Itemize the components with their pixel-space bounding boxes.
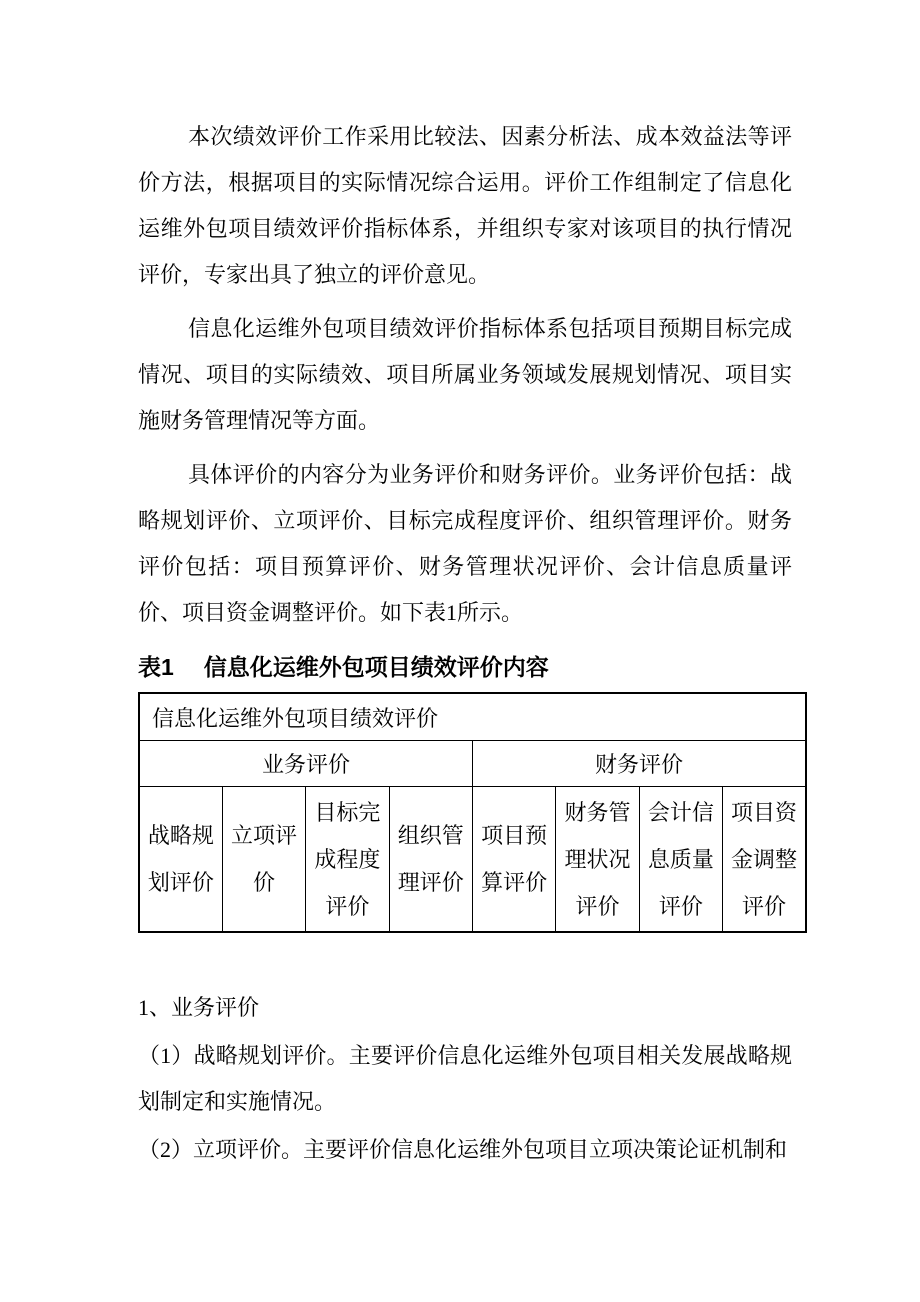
- section-item-strategic-planning: （1）战略规划评价。主要评价信息化运维外包项目相关发展战略规划制定和实施情况。: [138, 1033, 792, 1125]
- column-cell-fund-adjustment: 项目资金调整评价: [723, 787, 806, 933]
- table-caption-title: 信息化运维外包项目绩效评价内容: [204, 654, 549, 680]
- column-cell-financial-management: 财务管理状况评价: [556, 787, 639, 933]
- section-heading-business-evaluation: 1、业务评价: [138, 985, 792, 1031]
- table-columns-row: 战略规划评价 立项评价 目标完成程度评价 组织管理评价 项目预算评价 财务管理状…: [139, 787, 806, 933]
- table-header-cell: 信息化运维外包项目绩效评价: [139, 693, 806, 741]
- table-caption-label: 表1: [138, 654, 174, 680]
- column-cell-goal-completion: 目标完成程度评价: [306, 787, 389, 933]
- evaluation-table: 信息化运维外包项目绩效评价 业务评价 财务评价 战略规划评价 立项评价 目标完成…: [138, 692, 807, 933]
- column-cell-accounting-info-quality: 会计信息质量评价: [639, 787, 722, 933]
- column-cell-project-initiation: 立项评价: [222, 787, 305, 933]
- table-caption: 表1信息化运维外包项目绩效评价内容: [138, 644, 807, 690]
- paragraph-index-system: 信息化运维外包项目绩效评价指标体系包括项目预期目标完成情况、项目的实际绩效、项目…: [138, 306, 792, 444]
- table-group-row: 业务评价 财务评价: [139, 741, 806, 787]
- section-item-project-initiation: （2）立项评价。主要评价信息化运维外包项目立项决策论证机制和: [138, 1127, 792, 1173]
- column-cell-strategic-planning: 战略规划评价: [139, 787, 222, 933]
- group-cell-finance: 财务评价: [473, 741, 807, 787]
- table-header-row: 信息化运维外包项目绩效评价: [139, 693, 806, 741]
- column-cell-organization-management: 组织管理评价: [389, 787, 472, 933]
- column-cell-project-budget: 项目预算评价: [473, 787, 556, 933]
- document-page: 本次绩效评价工作采用比较法、因素分析法、成本效益法等评价方法，根据项目的实际情况…: [0, 0, 920, 1302]
- paragraph-evaluation-content: 具体评价的内容分为业务评价和财务评价。业务评价包括：战略规划评价、立项评价、目标…: [138, 452, 792, 636]
- group-cell-business: 业务评价: [139, 741, 473, 787]
- paragraph-methods: 本次绩效评价工作采用比较法、因素分析法、成本效益法等评价方法，根据项目的实际情况…: [138, 114, 792, 298]
